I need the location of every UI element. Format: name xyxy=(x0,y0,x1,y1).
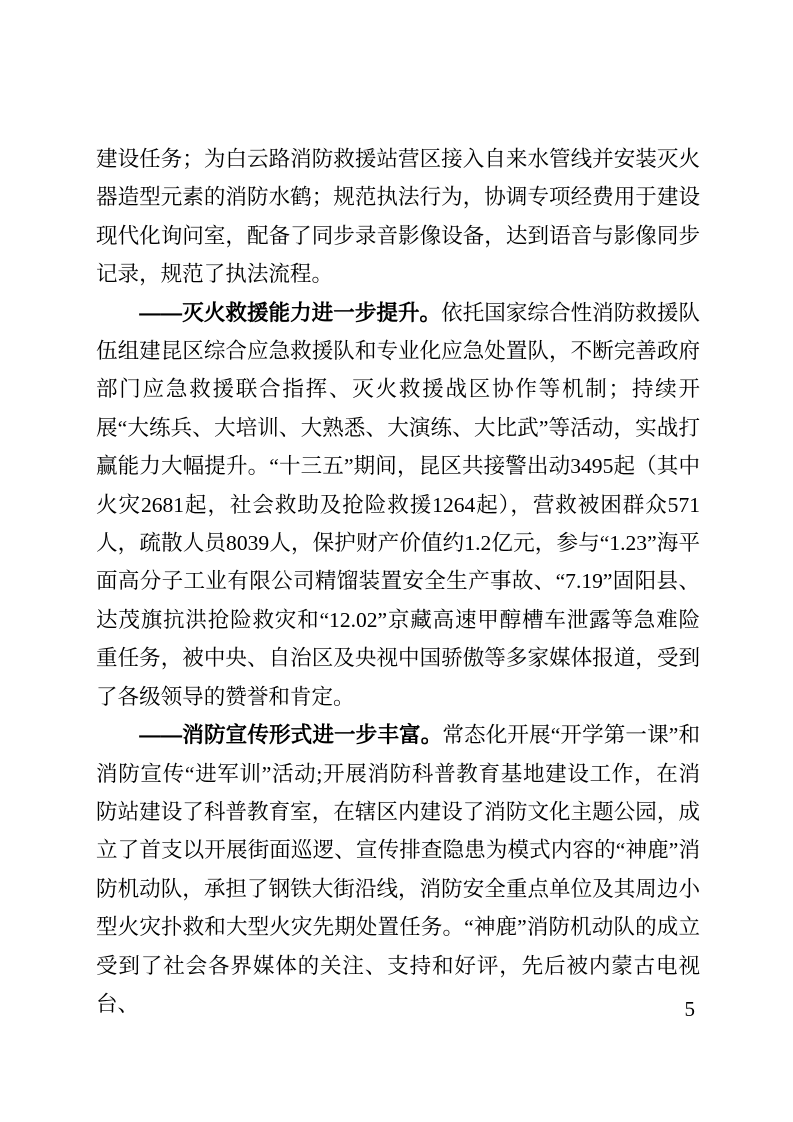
document-page: 建设任务；为白云路消防救援站营区接入自来水管线并安装灭火器造型元素的消防水鹤；规… xyxy=(0,0,793,1122)
paragraph-text: 建设任务；为白云路消防救援站营区接入自来水管线并安装灭火器造型元素的消防水鹤；规… xyxy=(96,147,700,286)
para-continuation: 建设任务；为白云路消防救援站营区接入自来水管线并安装灭火器造型元素的消防水鹤；规… xyxy=(96,140,700,294)
paragraph-lead-in: ——消防宣传形式进一步丰富。 xyxy=(139,722,442,747)
paragraph-text: 依托国家综合性消防救援队伍组建昆区综合应急救援队和专业化应急处置队，不断完善政府… xyxy=(96,301,700,709)
para-publicity: ——消防宣传形式进一步丰富。常态化开展“开学第一课”和消防宣传“进军训”活动;开… xyxy=(96,716,700,1023)
para-rescue-capability: ——灭火救援能力进一步提升。依托国家综合性消防救援队伍组建昆区综合应急救援队和专… xyxy=(96,294,700,716)
page-number: 5 xyxy=(96,995,700,1023)
paragraph-lead-in: ——灭火救援能力进一步提升。 xyxy=(139,300,441,325)
paragraph-text: 常态化开展“开学第一课”和消防宣传“进军训”活动;开展消防科普教育基地建设工作，… xyxy=(96,723,700,1016)
document-body: 建设任务；为白云路消防救援站营区接入自来水管线并安装灭火器造型元素的消防水鹤；规… xyxy=(96,140,700,1023)
